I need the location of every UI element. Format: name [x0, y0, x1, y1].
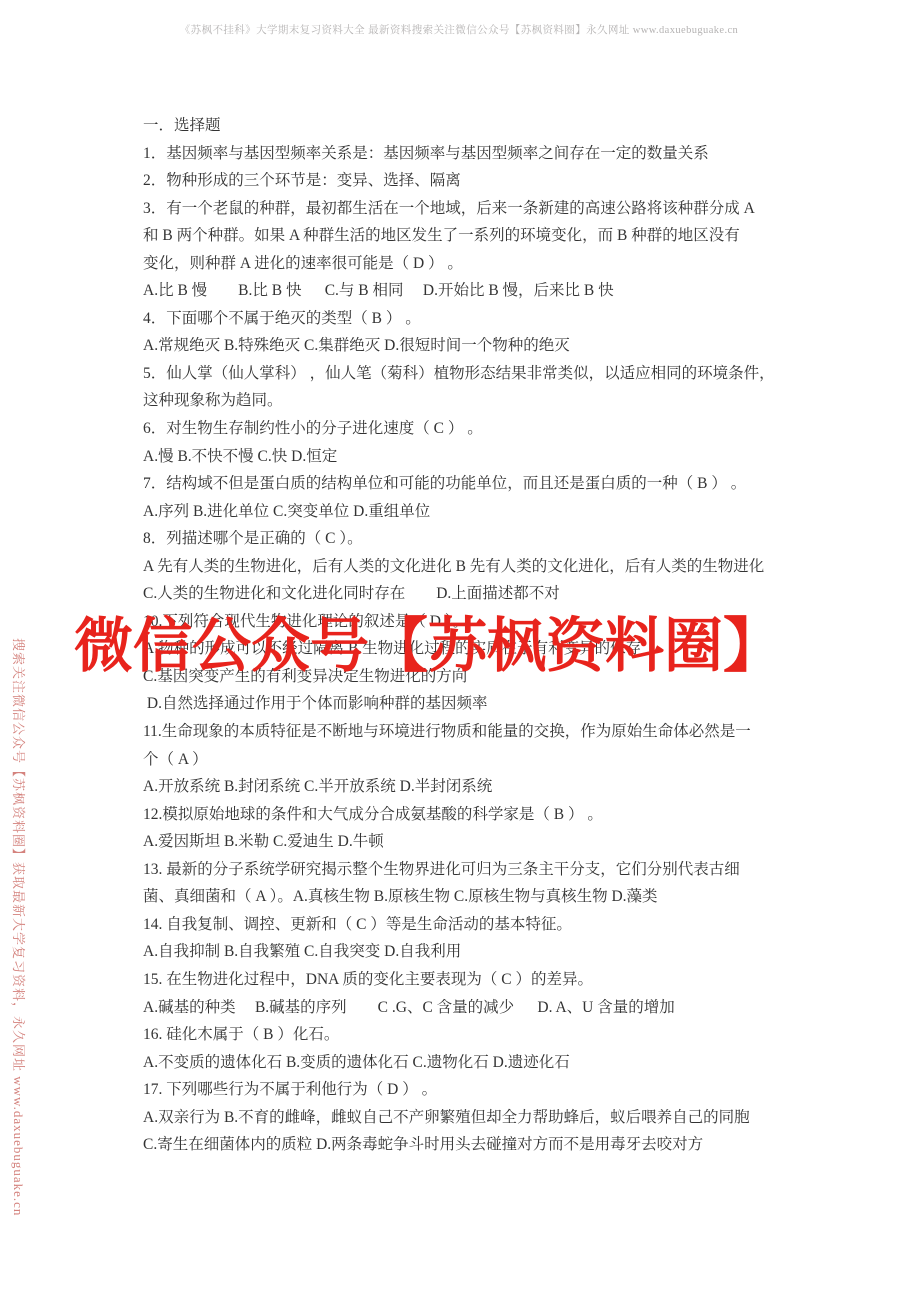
text-line: A.爱因斯坦 B.米勒 C.爱迪生 D.牛顿 — [143, 828, 793, 856]
text-line: A.不变质的遗体化石 B.变质的遗体化石 C.遗物化石 D.遗迹化石 — [143, 1049, 793, 1077]
text-line: 17. 下列哪些行为不属于利他行为（ D ） 。 — [143, 1076, 793, 1104]
text-line: 菌、真细菌和（ A ）。A.真核生物 B.原核生物 C.原核生物与真核生物 D.… — [143, 883, 793, 911]
text-line: A.比 B 慢 B.比 B 快 C.与 B 相同 D.开始比 B 慢，后来比 B… — [143, 277, 793, 305]
left-vertical-watermark: 搜索关注微信公众号【苏枫资料圈】获取最新大学复习资料，永久网址 www.daxu… — [10, 638, 29, 1216]
text-line: A.序列 B.进化单位 C.突变单位 D.重组单位 — [143, 498, 793, 526]
text-line: 8．列描述哪个是正确的（ C ）。 — [143, 525, 793, 553]
text-line: 12.模拟原始地球的条件和大气成分合成氨基酸的科学家是（ B ） 。 — [143, 801, 793, 829]
text-line: 5．仙人掌（仙人掌科） ，仙人笔（菊科）植物形态结果非常类似，以适应相同的环境条… — [143, 360, 793, 388]
text-line: A.碱基的种类 B.碱基的序列 C .G、C 含量的减少 D. A、U 含量的增… — [143, 994, 793, 1022]
text-line: 6．对生物生存制约性小的分子进化速度（ C ） 。 — [143, 415, 793, 443]
text-line: A.自我抑制 B.自我繁殖 C.自我突变 D.自我利用 — [143, 938, 793, 966]
page-header-watermark-text: 《苏枫不挂科》大学期末复习资料大全 最新资料搜索关注微信公众号【苏枫资料圈】永久… — [0, 22, 918, 37]
text-line: A.慢 B.不快不慢 C.快 D.恒定 — [143, 443, 793, 471]
text-line: 一．选择题 — [143, 112, 793, 140]
text-line: 和 B 两个种群。如果 A 种群生活的地区发生了一系列的环境变化，而 B 种群的… — [143, 222, 793, 250]
text-line: 1．基因频率与基因型频率关系是：基因频率与基因型频率之间存在一定的数量关系 — [143, 140, 793, 168]
text-line: 13. 最新的分子系统学研究揭示整个生物界进化可归为三条主干分支，它们分别代表古… — [143, 856, 793, 884]
text-line: D.自然选择通过作用于个体而影响种群的基因频率 — [143, 690, 793, 718]
text-line: A.双亲行为 B.不育的雌峰，雌蚁自己不产卵繁殖但却全力帮助蜂后，蚁后喂养自己的… — [143, 1104, 793, 1132]
text-line: 2．物种形成的三个环节是：变异、选择、隔离 — [143, 167, 793, 195]
text-line: 14. 自我复制、调控、更新和（ C ）等是生命活动的基本特征。 — [143, 911, 793, 939]
text-line: 16. 硅化木属于（ B ）化石。 — [143, 1021, 793, 1049]
text-line: A 先有人类的生物进化，后有人类的文化进化 B 先有人类的文化进化，后有人类的生… — [143, 553, 793, 581]
text-line: 11.生命现象的本质特征是不断地与环境进行物质和能量的交换，作为原始生命体必然是… — [143, 718, 793, 746]
text-line: 15. 在生物进化过程中，DNA 质的变化主要表现为（ C ）的差异。 — [143, 966, 793, 994]
text-line: 7．结构域不但是蛋白质的结构单位和可能的功能单位，而且还是蛋白质的一种（ B ）… — [143, 470, 793, 498]
text-line: A.开放系统 B.封闭系统 C.半开放系统 D.半封闭系统 — [143, 773, 793, 801]
text-line: 变化，则种群 A 进化的速率很可能是（ D ） 。 — [143, 250, 793, 278]
center-red-watermark: 微信公众号【苏枫资料圈】 — [74, 598, 782, 683]
text-line: A.常规绝灭 B.特殊绝灭 C.集群绝灭 D.很短时间一个物种的绝灭 — [143, 332, 793, 360]
text-line: 3．有一个老鼠的种群，最初都生活在一个地域，后来一条新建的高速公路将该种群分成 … — [143, 195, 793, 223]
text-line: C.寄生在细菌体内的质粒 D.两条毒蛇争斗时用头去碰撞对方而不是用毒牙去咬对方 — [143, 1131, 793, 1159]
text-line: 4．下面哪个不属于绝灭的类型（ B ） 。 — [143, 305, 793, 333]
text-line: 个（ A ） — [143, 746, 793, 774]
text-line: 这种现象称为趋同。 — [143, 387, 793, 415]
